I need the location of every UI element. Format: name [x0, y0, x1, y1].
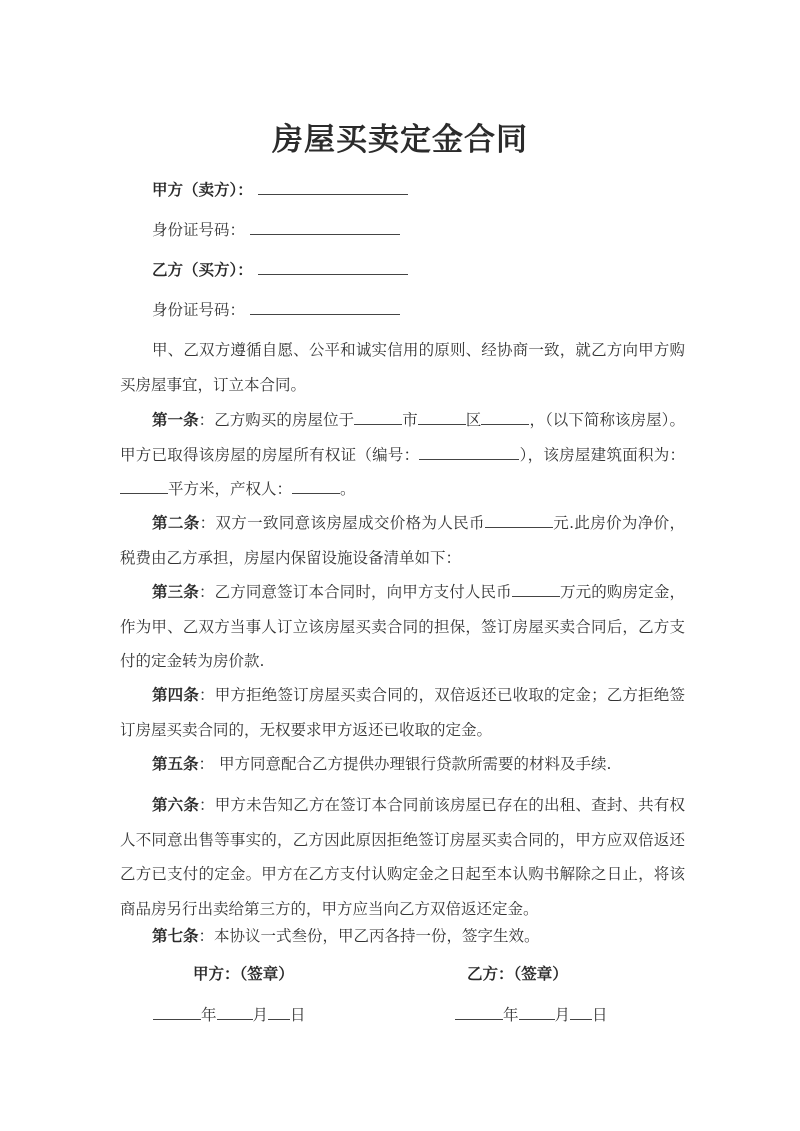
buyer-id-blank[interactable]: [250, 300, 400, 315]
buyer-month-blank[interactable]: [519, 1005, 555, 1020]
seller-id-blank[interactable]: [250, 220, 400, 235]
seller-date-line: 年月日: [153, 1005, 306, 1025]
price-blank[interactable]: [485, 513, 553, 528]
buyer-blank[interactable]: [258, 260, 408, 275]
article-heading: 第一条: [152, 411, 199, 429]
article-heading: 第二条: [152, 514, 200, 532]
buyer-id-field: 身份证号码：: [152, 300, 400, 320]
city-blank[interactable]: [354, 410, 402, 425]
article-heading: 第五条: [152, 755, 199, 773]
seller-year-blank[interactable]: [153, 1005, 201, 1020]
article-2: 第二条：双方一致同意该房屋成交价格为人民币元.此房价为净价，税费由乙方承担，房屋…: [120, 506, 685, 575]
seller-signature-label: 甲方：（签章）: [193, 964, 294, 984]
article-4: 第四条：甲方拒绝签订房屋买卖合同的，双倍返还已收取的定金；乙方拒绝签订房屋买卖合…: [120, 678, 685, 747]
seller-month-blank[interactable]: [217, 1005, 253, 1020]
article-6: 第六条：甲方未告知乙方在签订本合同前该房屋已存在的出租、查封、共有权人不同意出售…: [120, 788, 685, 926]
buyer-year-blank[interactable]: [455, 1005, 503, 1020]
article-heading: 第三条: [152, 583, 199, 601]
address-blank[interactable]: [481, 410, 529, 425]
buyer-day-blank[interactable]: [570, 1005, 592, 1020]
buyer-date-line: 年月日: [455, 1005, 608, 1025]
article-5: 第五条： 甲方同意配合乙方提供办理银行贷款所需要的材料及手续.: [120, 747, 685, 782]
article-heading: 第四条: [152, 686, 199, 704]
article-heading: 第六条: [152, 796, 199, 814]
seller-day-blank[interactable]: [268, 1005, 290, 1020]
seller-blank[interactable]: [258, 180, 408, 195]
buyer-id-label: 身份证号码：: [152, 301, 245, 319]
article-heading: 第七条: [152, 927, 199, 945]
intro-paragraph: 甲、乙双方遵循自愿、公平和诚实信用的原则、经协商一致，就乙方向甲方购买房屋事宜，…: [120, 333, 685, 402]
certificate-number-blank[interactable]: [419, 445, 519, 460]
article-1: 第一条：乙方购买的房屋位于市区，（以下简称该房屋）。甲方已取得该房屋的房屋所有权…: [120, 403, 685, 507]
article-7: 第七条：本协议一式叁份，甲乙丙各持一份，签字生效。: [120, 919, 685, 954]
document-page: 房屋买卖定金合同 甲方（卖方）： 身份证号码： 乙方（买方）： 身份证号码： 甲…: [0, 0, 800, 1131]
district-blank[interactable]: [418, 410, 466, 425]
buyer-signature-label: 乙方：（签章）: [467, 964, 568, 984]
seller-field: 甲方（卖方）：: [152, 180, 408, 200]
deposit-amount-blank[interactable]: [512, 582, 560, 597]
seller-id-field: 身份证号码：: [152, 220, 400, 240]
area-blank[interactable]: [120, 479, 168, 494]
buyer-field: 乙方（买方）：: [152, 260, 408, 280]
buyer-label: 乙方（买方）：: [152, 261, 253, 279]
article-3: 第三条：乙方同意签订本合同时，向甲方支付人民币万元的购房定金，作为甲、乙双方当事…: [120, 575, 685, 679]
owner-blank[interactable]: [292, 479, 340, 494]
page-title: 房屋买卖定金合同: [0, 114, 800, 159]
seller-id-label: 身份证号码：: [152, 221, 245, 239]
seller-label: 甲方（卖方）：: [152, 181, 253, 199]
